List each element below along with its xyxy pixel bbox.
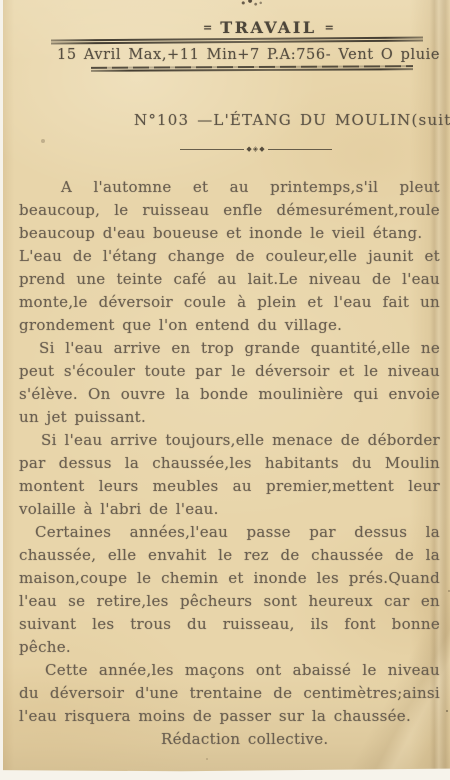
signature: Rédaction collective. (19, 728, 440, 751)
masthead-ornament-left: = (203, 21, 212, 34)
paragraph: L'eau de l'étang change de couleur,elle … (19, 245, 440, 337)
paragraph: Si l'eau arrive en trop grande quantité,… (19, 337, 440, 429)
paragraph: A l'automne et au printemps,s'il pleut b… (19, 176, 440, 245)
article-body: A l'automne et au printemps,s'il pleut b… (19, 176, 440, 751)
newspaper-page: = TRAVAIL = 15 Avril Max,+11 Min+7 P.A:7… (3, 0, 450, 774)
masthead-title: TRAVAIL (220, 18, 316, 37)
paper-specks (446, 710, 448, 712)
rule-segment (180, 149, 244, 150)
masthead-ornament-right: = (325, 21, 334, 34)
rule-segment (268, 149, 332, 150)
paragraph: Si l'eau arrive toujours,elle menace de … (19, 429, 440, 521)
weather-line: 15 Avril Max,+11 Min+7 P.A:756- Vent O p… (57, 47, 440, 63)
top-edge-ink-mark (238, 0, 263, 10)
masthead: = TRAVAIL = (203, 18, 334, 37)
weather-double-rule (91, 65, 413, 71)
paragraph: Certaines années,l'eau passe par dessus … (19, 521, 440, 659)
title-ornament-rule: ◆◈◆ (180, 146, 332, 153)
diamond-ornament-icon: ◆◈◆ (244, 146, 267, 153)
masthead-double-rule (51, 37, 423, 45)
article-title: N°103 —L'ÉTANG DU MOULIN(suite). (134, 111, 450, 129)
scanned-page-background: = TRAVAIL = 15 Avril Max,+11 Min+7 P.A:7… (0, 0, 450, 780)
paragraph: Cette année,les maçons ont abaissé le ni… (19, 659, 440, 728)
